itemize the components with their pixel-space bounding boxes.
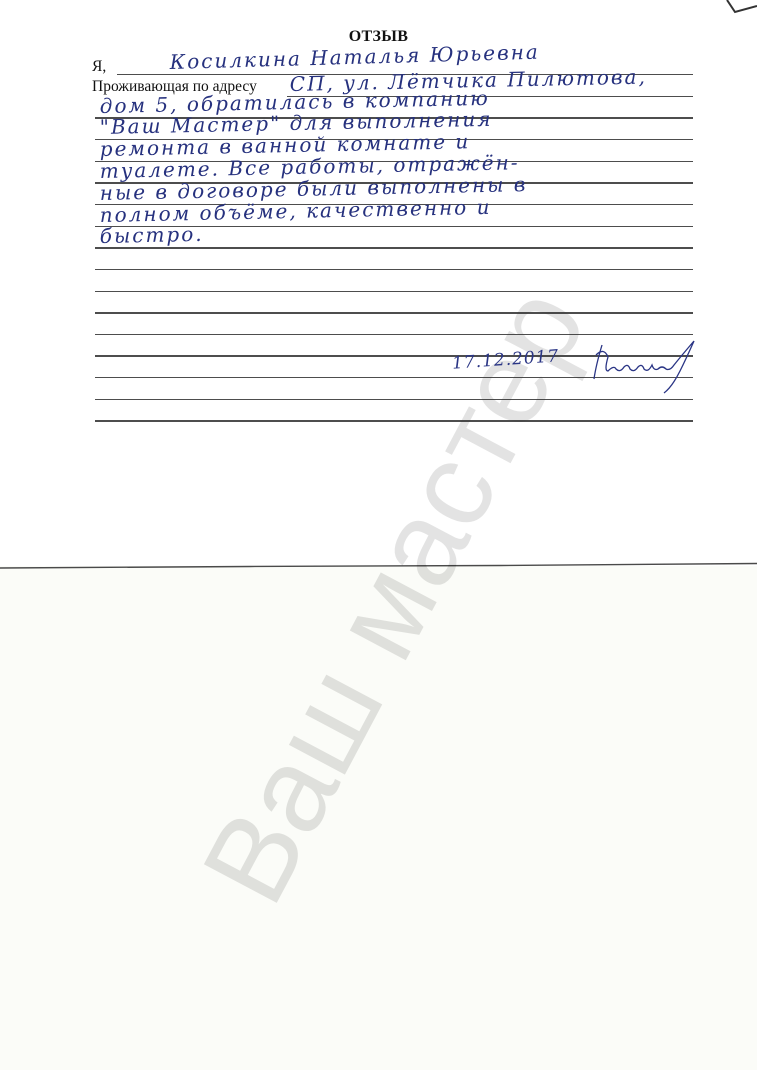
ruled-line [95, 399, 693, 400]
ruled-line [95, 247, 693, 248]
handwritten-line: быстро. [99, 222, 203, 248]
ruled-line [95, 269, 693, 270]
name-label: Я, [92, 58, 106, 76]
ruled-line [95, 291, 693, 292]
handwritten-signature [590, 335, 710, 395]
ruled-line [95, 420, 693, 421]
page-corner-fold [697, 0, 757, 20]
ruled-line [95, 312, 693, 313]
